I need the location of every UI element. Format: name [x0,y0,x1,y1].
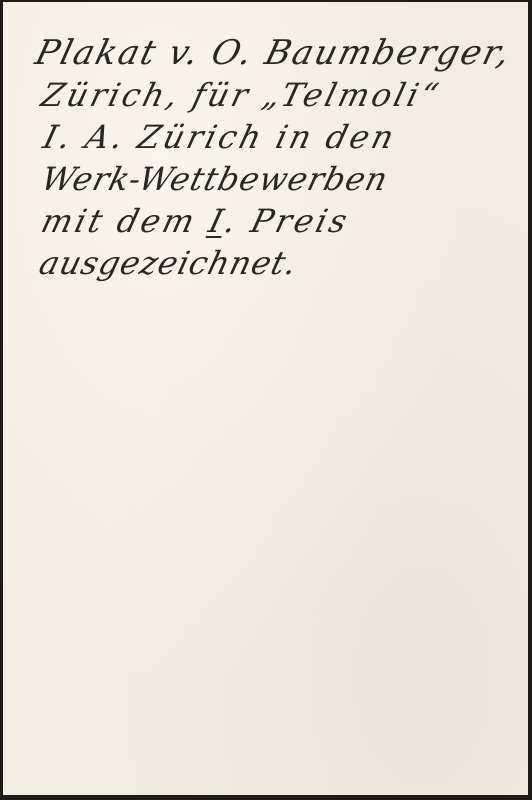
note-line-5-prefix: mit dem [37,202,214,240]
note-line-5-suffix: . Preis [221,202,354,240]
scan-frame: Plakat v. O. Baumberger, Zürich, für „Te… [0,0,532,800]
note-line-5: mit dem I. Preis [31,200,531,242]
note-line-3: I. A. Zürich in den [31,116,531,158]
note-line-2: Zürich, für „Telmoli“ [31,74,531,116]
note-line-6: ausgezeichnet. [31,242,531,284]
paper-sheet: Plakat v. O. Baumberger, Zürich, für „Te… [3,2,528,795]
handwritten-note: Plakat v. O. Baumberger, Zürich, für „Te… [31,32,521,284]
note-line-1: Plakat v. O. Baumberger, [31,32,531,74]
note-line-4: Werk-Wettbewerben [31,158,531,200]
